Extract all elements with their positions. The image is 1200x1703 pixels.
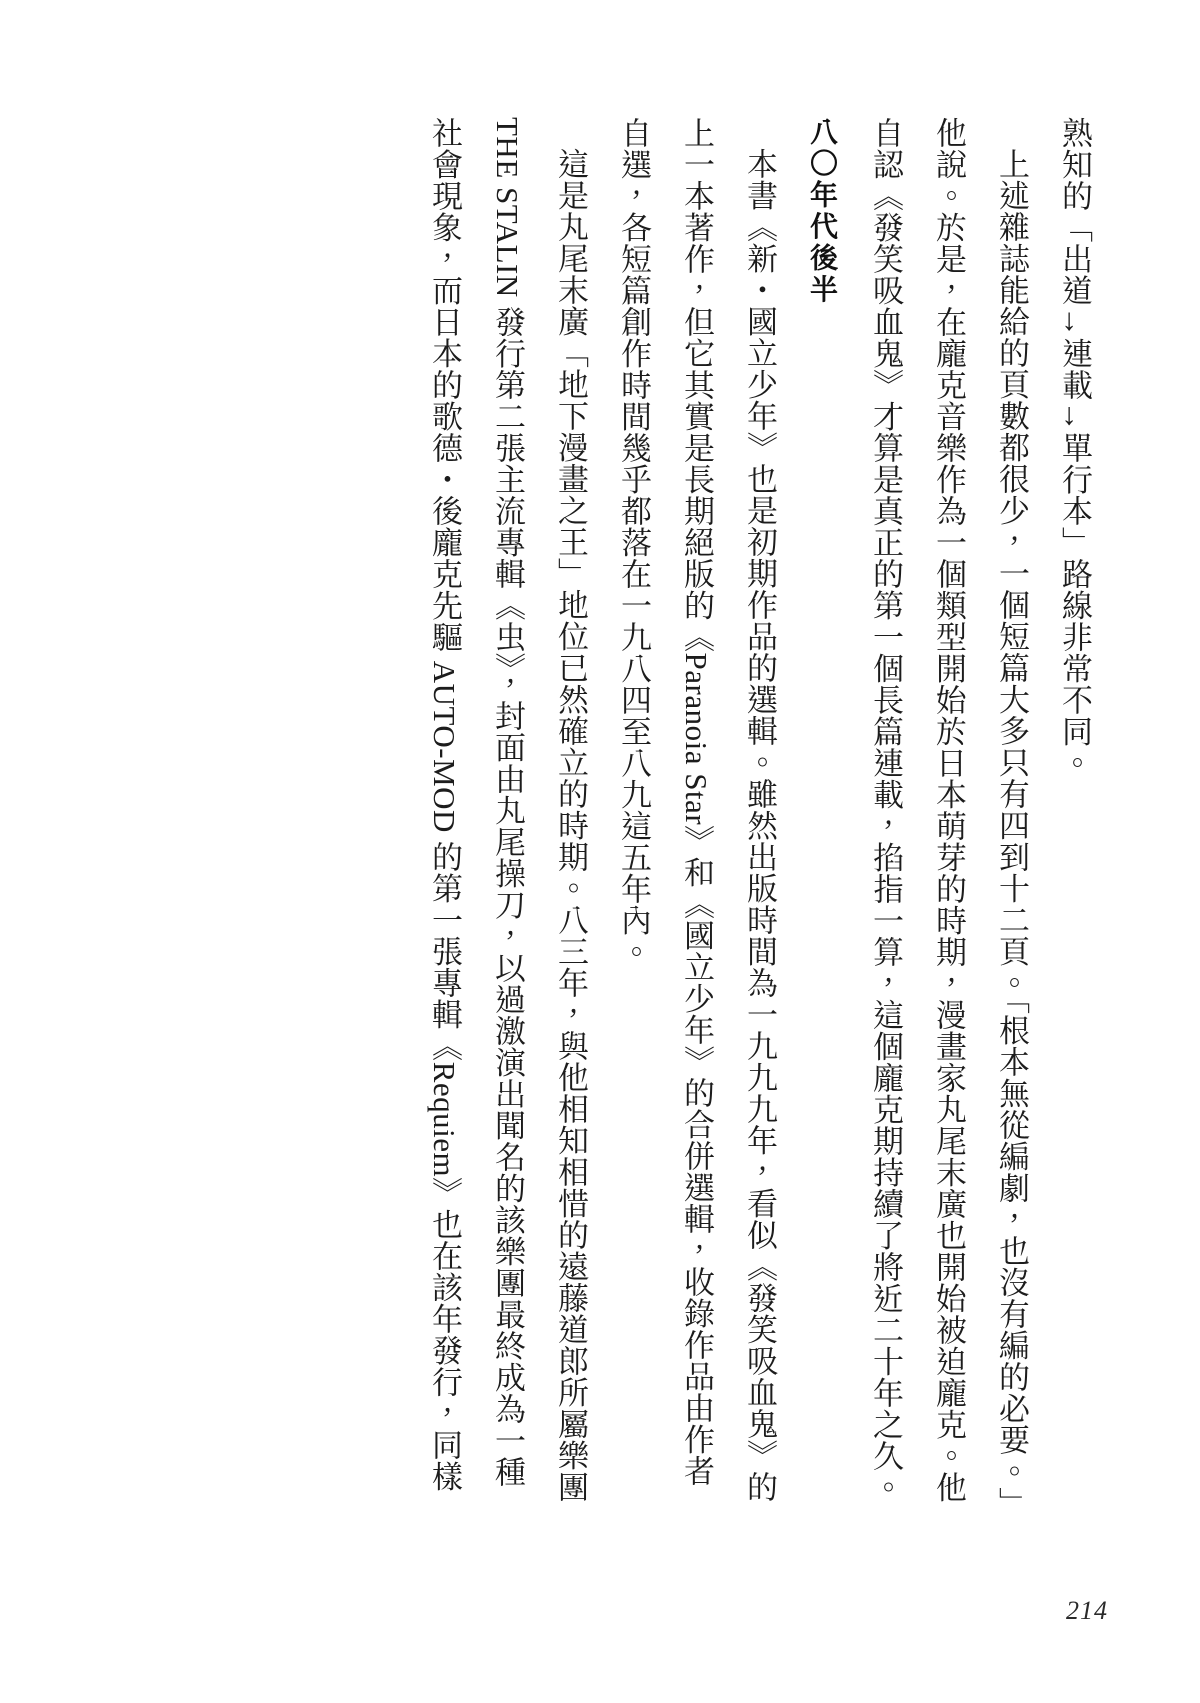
text-column: 本書《新・國立少年》也是初期作品的選輯。雖然出版時間為一九九九年，看似《發笑吸血…	[728, 117, 791, 1503]
text-column: 上述雜誌能給的頁數都很少，一個短篇大多只有四到十二頁。「根本無從編劇，也沒有編的…	[980, 117, 1043, 1503]
text-column: 這是丸尾末廣「地下漫畫之王」地位已然確立的時期。八三年，與他相知相惜的遠藤道郎所…	[539, 117, 602, 1503]
paragraph: 上述雜誌能給的頁數都很少，一個短篇大多只有四到十二頁。「根本無從編劇，也沒有編的…	[854, 117, 1043, 1503]
paragraph: 這是丸尾末廣「地下漫畫之王」地位已然確立的時期。八三年，與他相知相惜的遠藤道郎所…	[413, 117, 602, 1503]
paragraph-continuation: 熟知的「出道→連載→單行本」路線非常不同。	[1043, 117, 1106, 1503]
section-heading: 八〇年代後半	[791, 117, 854, 1503]
paragraph: 本書《新・國立少年》也是初期作品的選輯。雖然出版時間為一九九九年，看似《發笑吸血…	[602, 117, 791, 1503]
text-column: THE STALIN 發行第二張主流專輯《虫》，封面由丸尾操刀，以過激演出聞名的…	[476, 117, 539, 1503]
text-column: 自認《發笑吸血鬼》才算是真正的第一個長篇連載，掐指一算，這個龐克期持續了將近二十…	[854, 117, 917, 1503]
text-column: 社會現象，而日本的歌德・後龐克先驅 AUTO-MOD 的第一張專輯《Requie…	[413, 117, 476, 1503]
page-number: 214	[1066, 1596, 1108, 1626]
vertical-text-area: 熟知的「出道→連載→單行本」路線非常不同。 上述雜誌能給的頁數都很少，一個短篇大…	[413, 117, 1106, 1503]
text-column: 上一本著作，但它其實是長期絕版的《Paranoia Star》和《國立少年》的合…	[665, 117, 728, 1503]
text-column: 熟知的「出道→連載→單行本」路線非常不同。	[1043, 117, 1106, 1503]
text-column: 自選，各短篇創作時間幾乎都落在一九八四至八九這五年內。	[602, 117, 665, 1503]
book-page: 熟知的「出道→連載→單行本」路線非常不同。 上述雜誌能給的頁數都很少，一個短篇大…	[0, 0, 1200, 1703]
text-column: 他說。於是，在龐克音樂作為一個類型開始於日本萌芽的時期，漫畫家丸尾末廣也開始被迫…	[917, 117, 980, 1503]
